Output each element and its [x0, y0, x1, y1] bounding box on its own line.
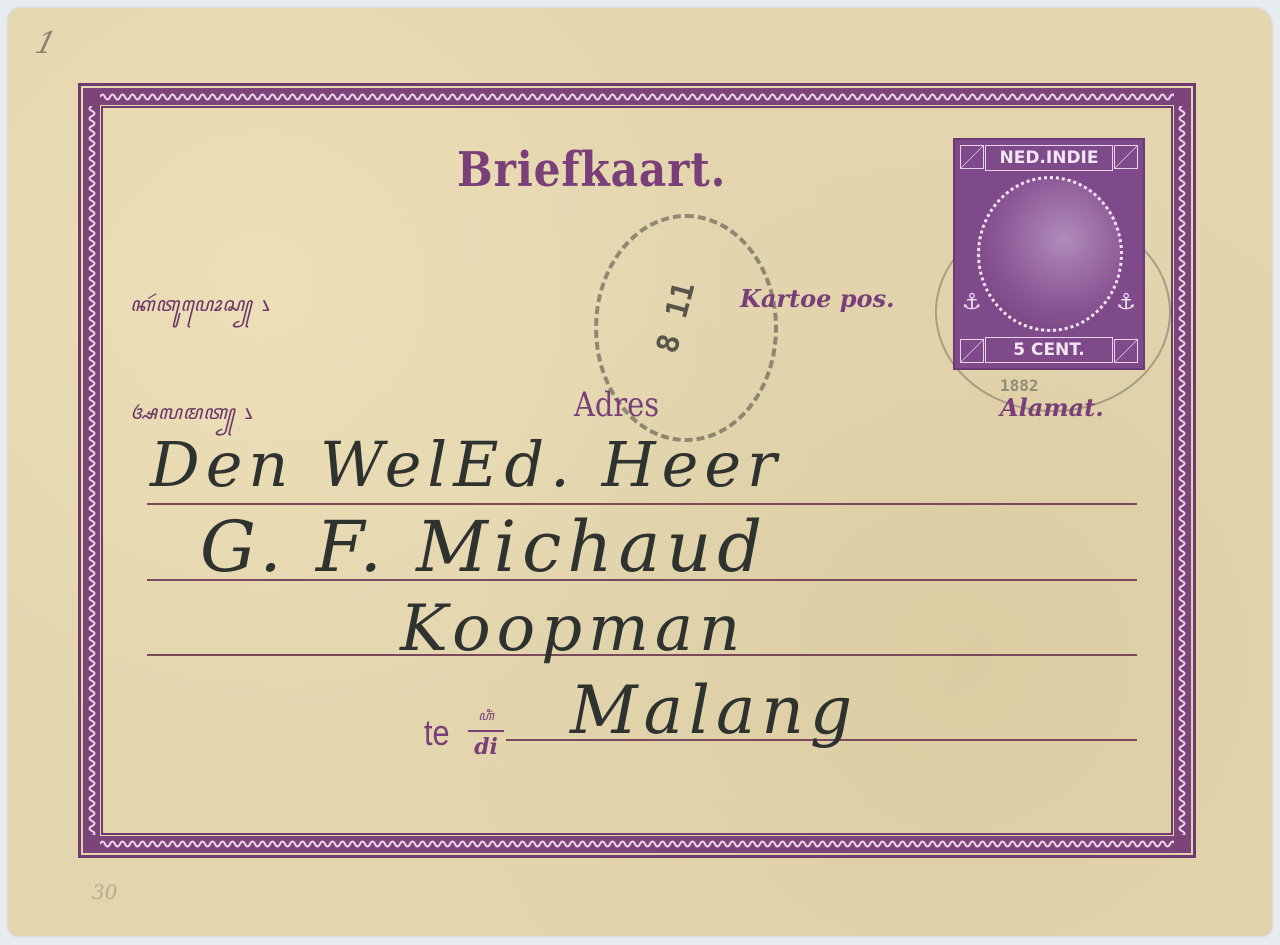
card-title: Briefkaart.	[457, 142, 726, 198]
stamp-country: NED.INDIE	[985, 145, 1113, 171]
adres-label: Adres	[574, 385, 659, 425]
pencil-note-bottom: 30	[92, 880, 117, 904]
di-label: di	[468, 730, 504, 762]
stamp-corner-ornament	[960, 339, 984, 363]
stamp-value: 5 CENT.	[985, 337, 1113, 363]
anchor-icon: ⚓	[1116, 290, 1136, 315]
border-wave-left	[85, 106, 99, 835]
handwritten-occupation: Koopman	[400, 592, 746, 666]
stamp-corner-ornament	[960, 145, 984, 169]
anchor-icon: ⚓	[962, 290, 982, 315]
di-fraction-label: ꦲꦶꦁ di	[468, 704, 504, 762]
kartoe-pos-label: Kartoe pos.	[740, 284, 894, 313]
handwritten-recipient-name: G. F. Michaud	[200, 506, 768, 588]
imprinted-stamp: NED.INDIE ⚓ ⚓ 5 CENT.	[953, 138, 1145, 370]
border-wave-bottom	[100, 837, 1174, 851]
stamp-corner-ornament	[1114, 145, 1138, 169]
alamat-label: Alamat.	[1000, 393, 1104, 422]
javanese-script-kartoe-pos: ꦏꦂꦠꦸꦥꦺꦴꦱ꧀ ꧈	[130, 290, 270, 330]
border-wave-right	[1175, 106, 1189, 835]
handwritten-city: Malang	[570, 672, 858, 749]
border-wave-top	[100, 90, 1174, 104]
handwritten-salutation: Den WelEd. Heer	[150, 428, 783, 501]
te-label: te	[424, 712, 450, 754]
di-javanese: ꦲꦶꦁ	[468, 704, 504, 730]
address-line-1	[147, 503, 1137, 505]
stamp-corner-ornament	[1114, 339, 1138, 363]
king-portrait-icon	[977, 176, 1123, 332]
